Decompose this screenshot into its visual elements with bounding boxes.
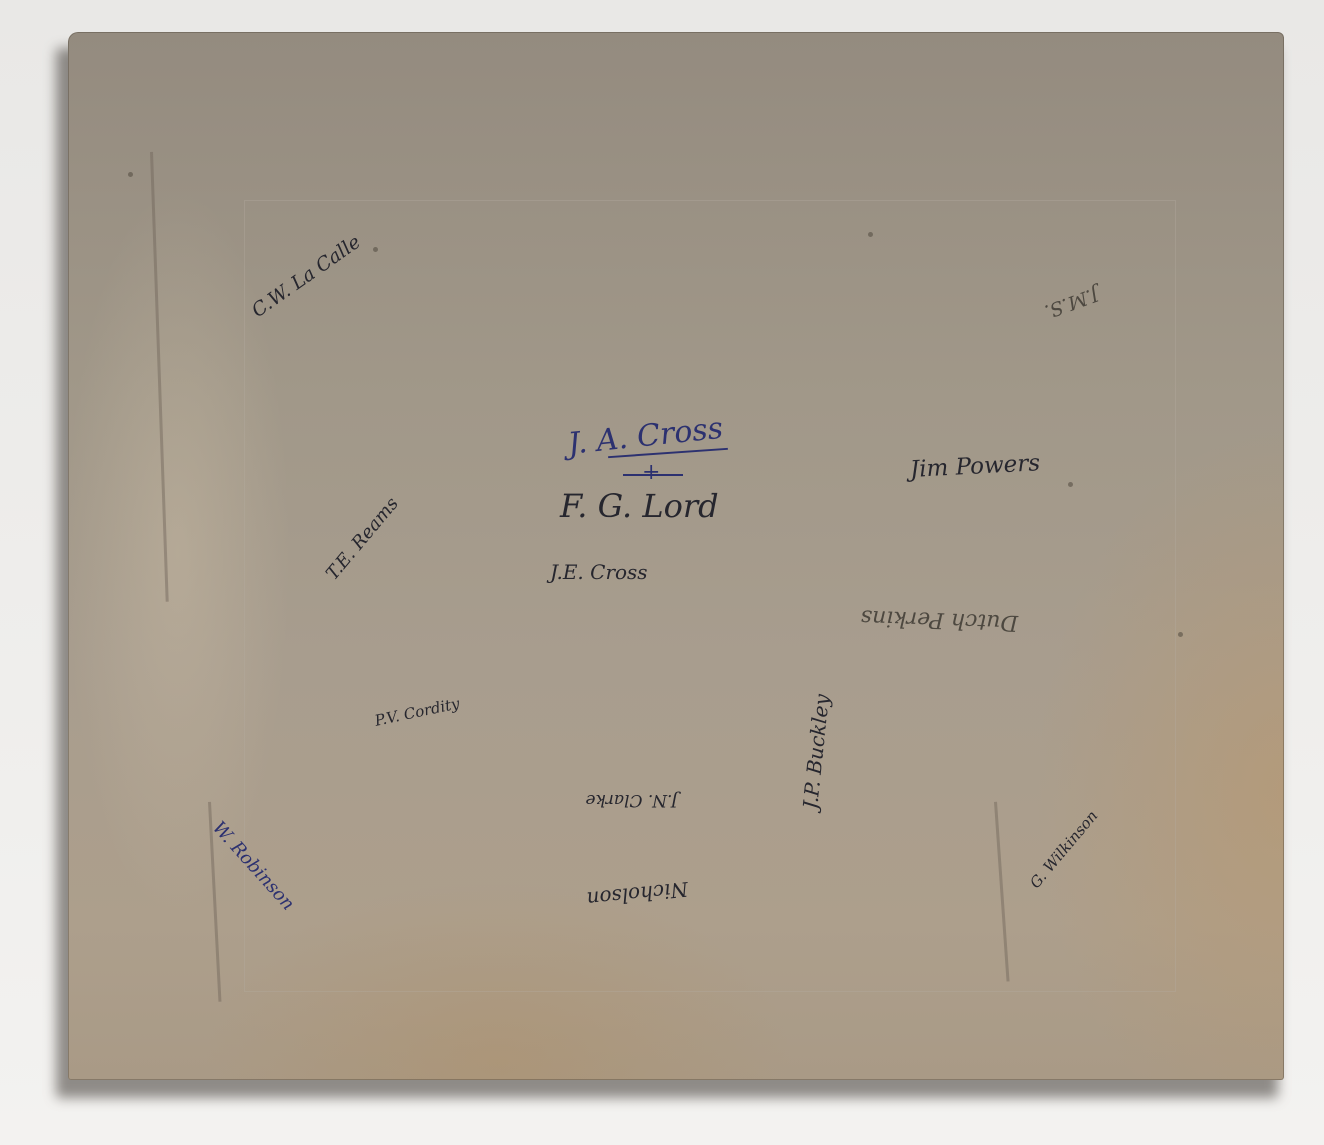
ampersand-mark: +: [642, 460, 660, 485]
left-crease: [150, 152, 169, 602]
speck: [128, 172, 133, 177]
signature-la-calle: C.W. La Calle: [248, 231, 365, 322]
signature-dutch: Dutch Perkins: [860, 605, 1018, 635]
strike-through-line: [623, 474, 683, 476]
signature-upside-down: J.M.S.: [1042, 283, 1102, 323]
signature-clarke: J.N. Clarke: [585, 790, 678, 810]
speck: [1178, 632, 1183, 637]
signature-robinson: W. Robinson: [208, 817, 298, 914]
signed-board: C.W. La Calle J.M.S. J. A. Cross + F. G.…: [68, 32, 1284, 1080]
signature-jim-powers: Jim Powers: [909, 450, 1040, 483]
signature-lord: F. G. Lord: [560, 487, 719, 525]
signature-buckley: J.P. Buckley: [798, 693, 834, 810]
signature-nicholson: Nicholson: [586, 877, 690, 911]
signature-cross-bottom: J.E. Cross: [550, 560, 648, 584]
speck: [868, 232, 873, 237]
speck: [373, 247, 378, 252]
signature-cordity: P.V. Cordity: [373, 694, 461, 730]
speck: [1068, 482, 1073, 487]
signature-reams: T.E. Reams: [322, 493, 403, 584]
signature-wilkinson: G. Wilkinson: [1026, 807, 1101, 892]
lower-right-crease: [994, 802, 1010, 982]
